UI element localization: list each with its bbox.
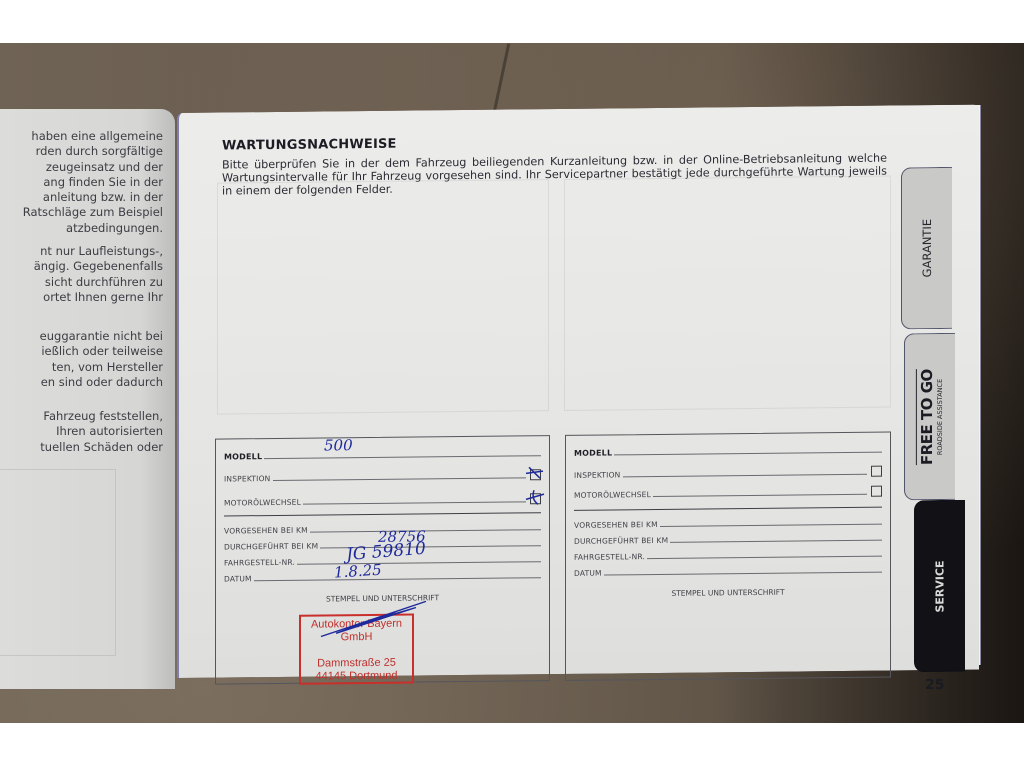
- tab-service[interactable]: SERVICE: [914, 500, 965, 673]
- show-through-form-left: [217, 179, 549, 414]
- left-paragraph-1: haben eine allgemeine rden durch sorgfäl…: [0, 129, 163, 236]
- field-motoroelwechsel[interactable]: MOTORÖLWECHSEL: [224, 490, 541, 507]
- stempel-label: STEMPEL UND UNTERSCHRIFT: [566, 587, 890, 599]
- service-form-1: MODELL 500 INSPEKTION MOTORÖLWECHSEL VOR…: [215, 435, 550, 685]
- field-fahrgestell[interactable]: FAHRGESTELL-NR.: [574, 545, 882, 562]
- inspektion-checkbox[interactable]: [871, 466, 882, 477]
- left-paragraph-4: Fahrzeug feststellen, Ihren autorisierte…: [0, 409, 163, 455]
- field-datum[interactable]: DATUM: [224, 566, 541, 583]
- form-divider: [224, 512, 541, 516]
- motoroelwechsel-checkbox[interactable]: [530, 493, 541, 504]
- page-title: WARTUNGSNACHWEISE: [222, 137, 397, 154]
- wood-crack: [493, 43, 510, 112]
- field-vorgesehen[interactable]: VORGESEHEN BEI KM: [574, 513, 882, 530]
- handwritten-modell: 500: [324, 436, 353, 454]
- field-modell[interactable]: MODELL: [224, 444, 541, 461]
- motoroelwechsel-checkbox[interactable]: [871, 486, 882, 497]
- handwritten-datum: 1.8.25: [334, 561, 383, 582]
- left-page: haben eine allgemeine rden durch sorgfäl…: [0, 109, 175, 689]
- check-mark-icon: [525, 466, 545, 480]
- tab-garantie[interactable]: GARANTIE: [901, 167, 952, 330]
- form-divider: [574, 507, 882, 511]
- left-paragraph-2: nt nur Laufleistungs-, ängig. Gegebenenf…: [0, 244, 163, 305]
- field-durchgefuehrt[interactable]: DURCHGEFÜHRT BEI KM: [574, 529, 882, 546]
- field-inspektion[interactable]: INSPEKTION: [224, 466, 541, 483]
- inspektion-checkbox[interactable]: [530, 469, 541, 480]
- left-paragraph-3: euggarantie nicht bei ießlich oder teilw…: [0, 329, 163, 390]
- field-modell[interactable]: MODELL: [574, 441, 882, 458]
- right-page: WARTUNGSNACHWEISE Bitte überprüfen Sie i…: [177, 105, 979, 678]
- field-datum[interactable]: DATUM: [574, 561, 882, 578]
- wooden-table-background: haben eine allgemeine rden durch sorgfäl…: [0, 43, 1024, 723]
- field-inspektion[interactable]: INSPEKTION: [574, 463, 882, 480]
- signature-scribble: [316, 597, 436, 638]
- show-through-box: [0, 469, 116, 656]
- page-number: 25: [925, 677, 944, 693]
- field-motoroelwechsel[interactable]: MOTORÖLWECHSEL: [574, 483, 882, 500]
- show-through-form-right: [564, 176, 891, 411]
- service-form-2: MODELL INSPEKTION MOTORÖLWECHSEL VORGESE…: [565, 432, 891, 681]
- check-mark-icon: [525, 489, 545, 505]
- bottom-margin: [0, 723, 1024, 768]
- tab-free-to-go[interactable]: FREE TO GO ROADSIDE ASSISTANCE: [904, 333, 955, 501]
